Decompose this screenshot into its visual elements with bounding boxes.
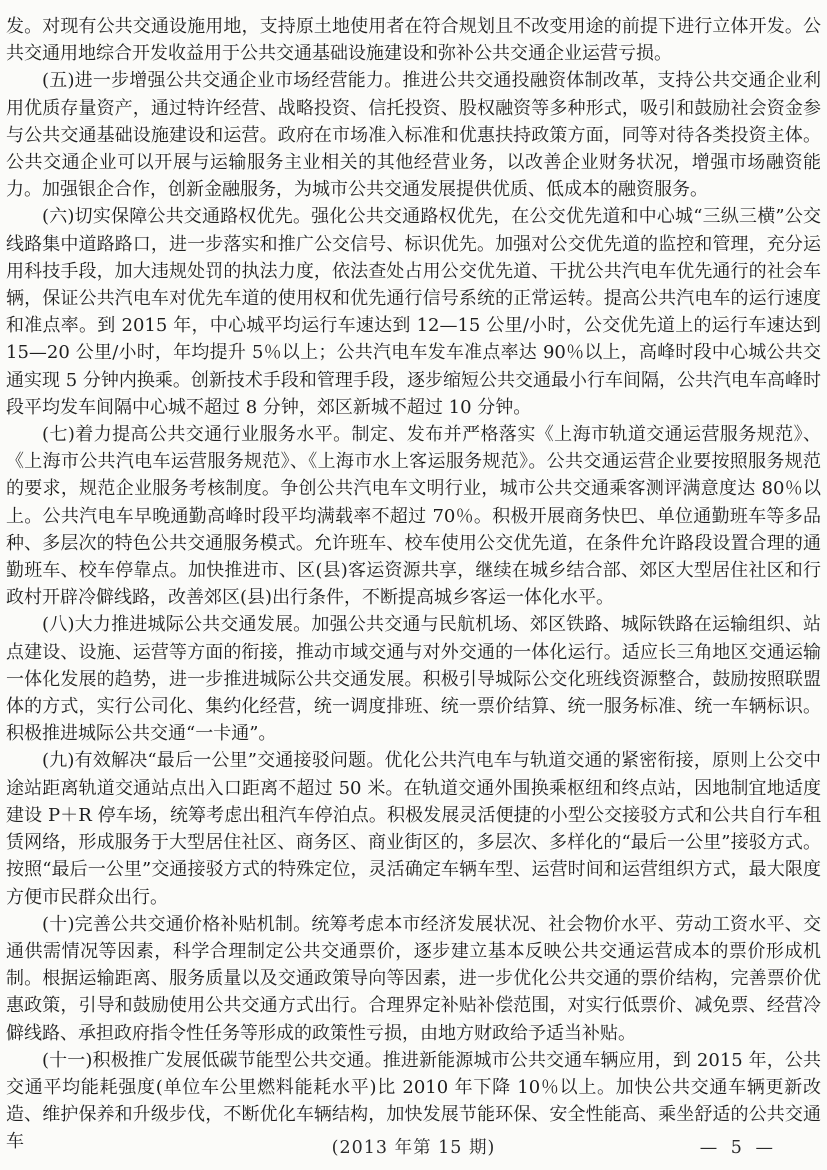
paragraph: (九)有效解决“最后一公里”交通接驳问题。优化公共汽电车与轨道交通的紧密衔接，原… [6, 747, 821, 910]
paragraph: 发。对现有公共交通设施用地，支持原土地使用者在符合规划且不改变用途的前提下进行立… [6, 13, 821, 67]
paragraph: (八)大力推进城际公共交通发展。加强公共交通与民航机场、郊区铁路、城际铁路在运输… [6, 611, 821, 747]
paragraph: (十)完善公共交通价格补贴机制。统筹考虑本市经济发展状况、社会物价水平、劳动工资… [6, 911, 821, 1047]
paragraph: (五)进一步增强公共交通企业市场经营能力。推进公共交通投融资体制改革，支持公共交… [6, 67, 821, 203]
document-page: 发。对现有公共交通设施用地，支持原土地使用者在符合规划且不改变用途的前提下进行立… [0, 0, 827, 1170]
page-number: — 5 — [700, 1134, 777, 1162]
document-body: 发。对现有公共交通设施用地，支持原土地使用者在符合规划且不改变用途的前提下进行立… [6, 13, 821, 1156]
paragraph: (七)着力提高公共交通行业服务水平。制定、发布并严格落实《上海市轨道交通运营服务… [6, 421, 821, 611]
page-footer: (2013 年第 15 期) — 5 — [0, 1134, 827, 1162]
paragraph: (六)切实保障公共交通路权优先。强化公共交通路权优先，在公交优先道和中心城“三纵… [6, 203, 821, 421]
